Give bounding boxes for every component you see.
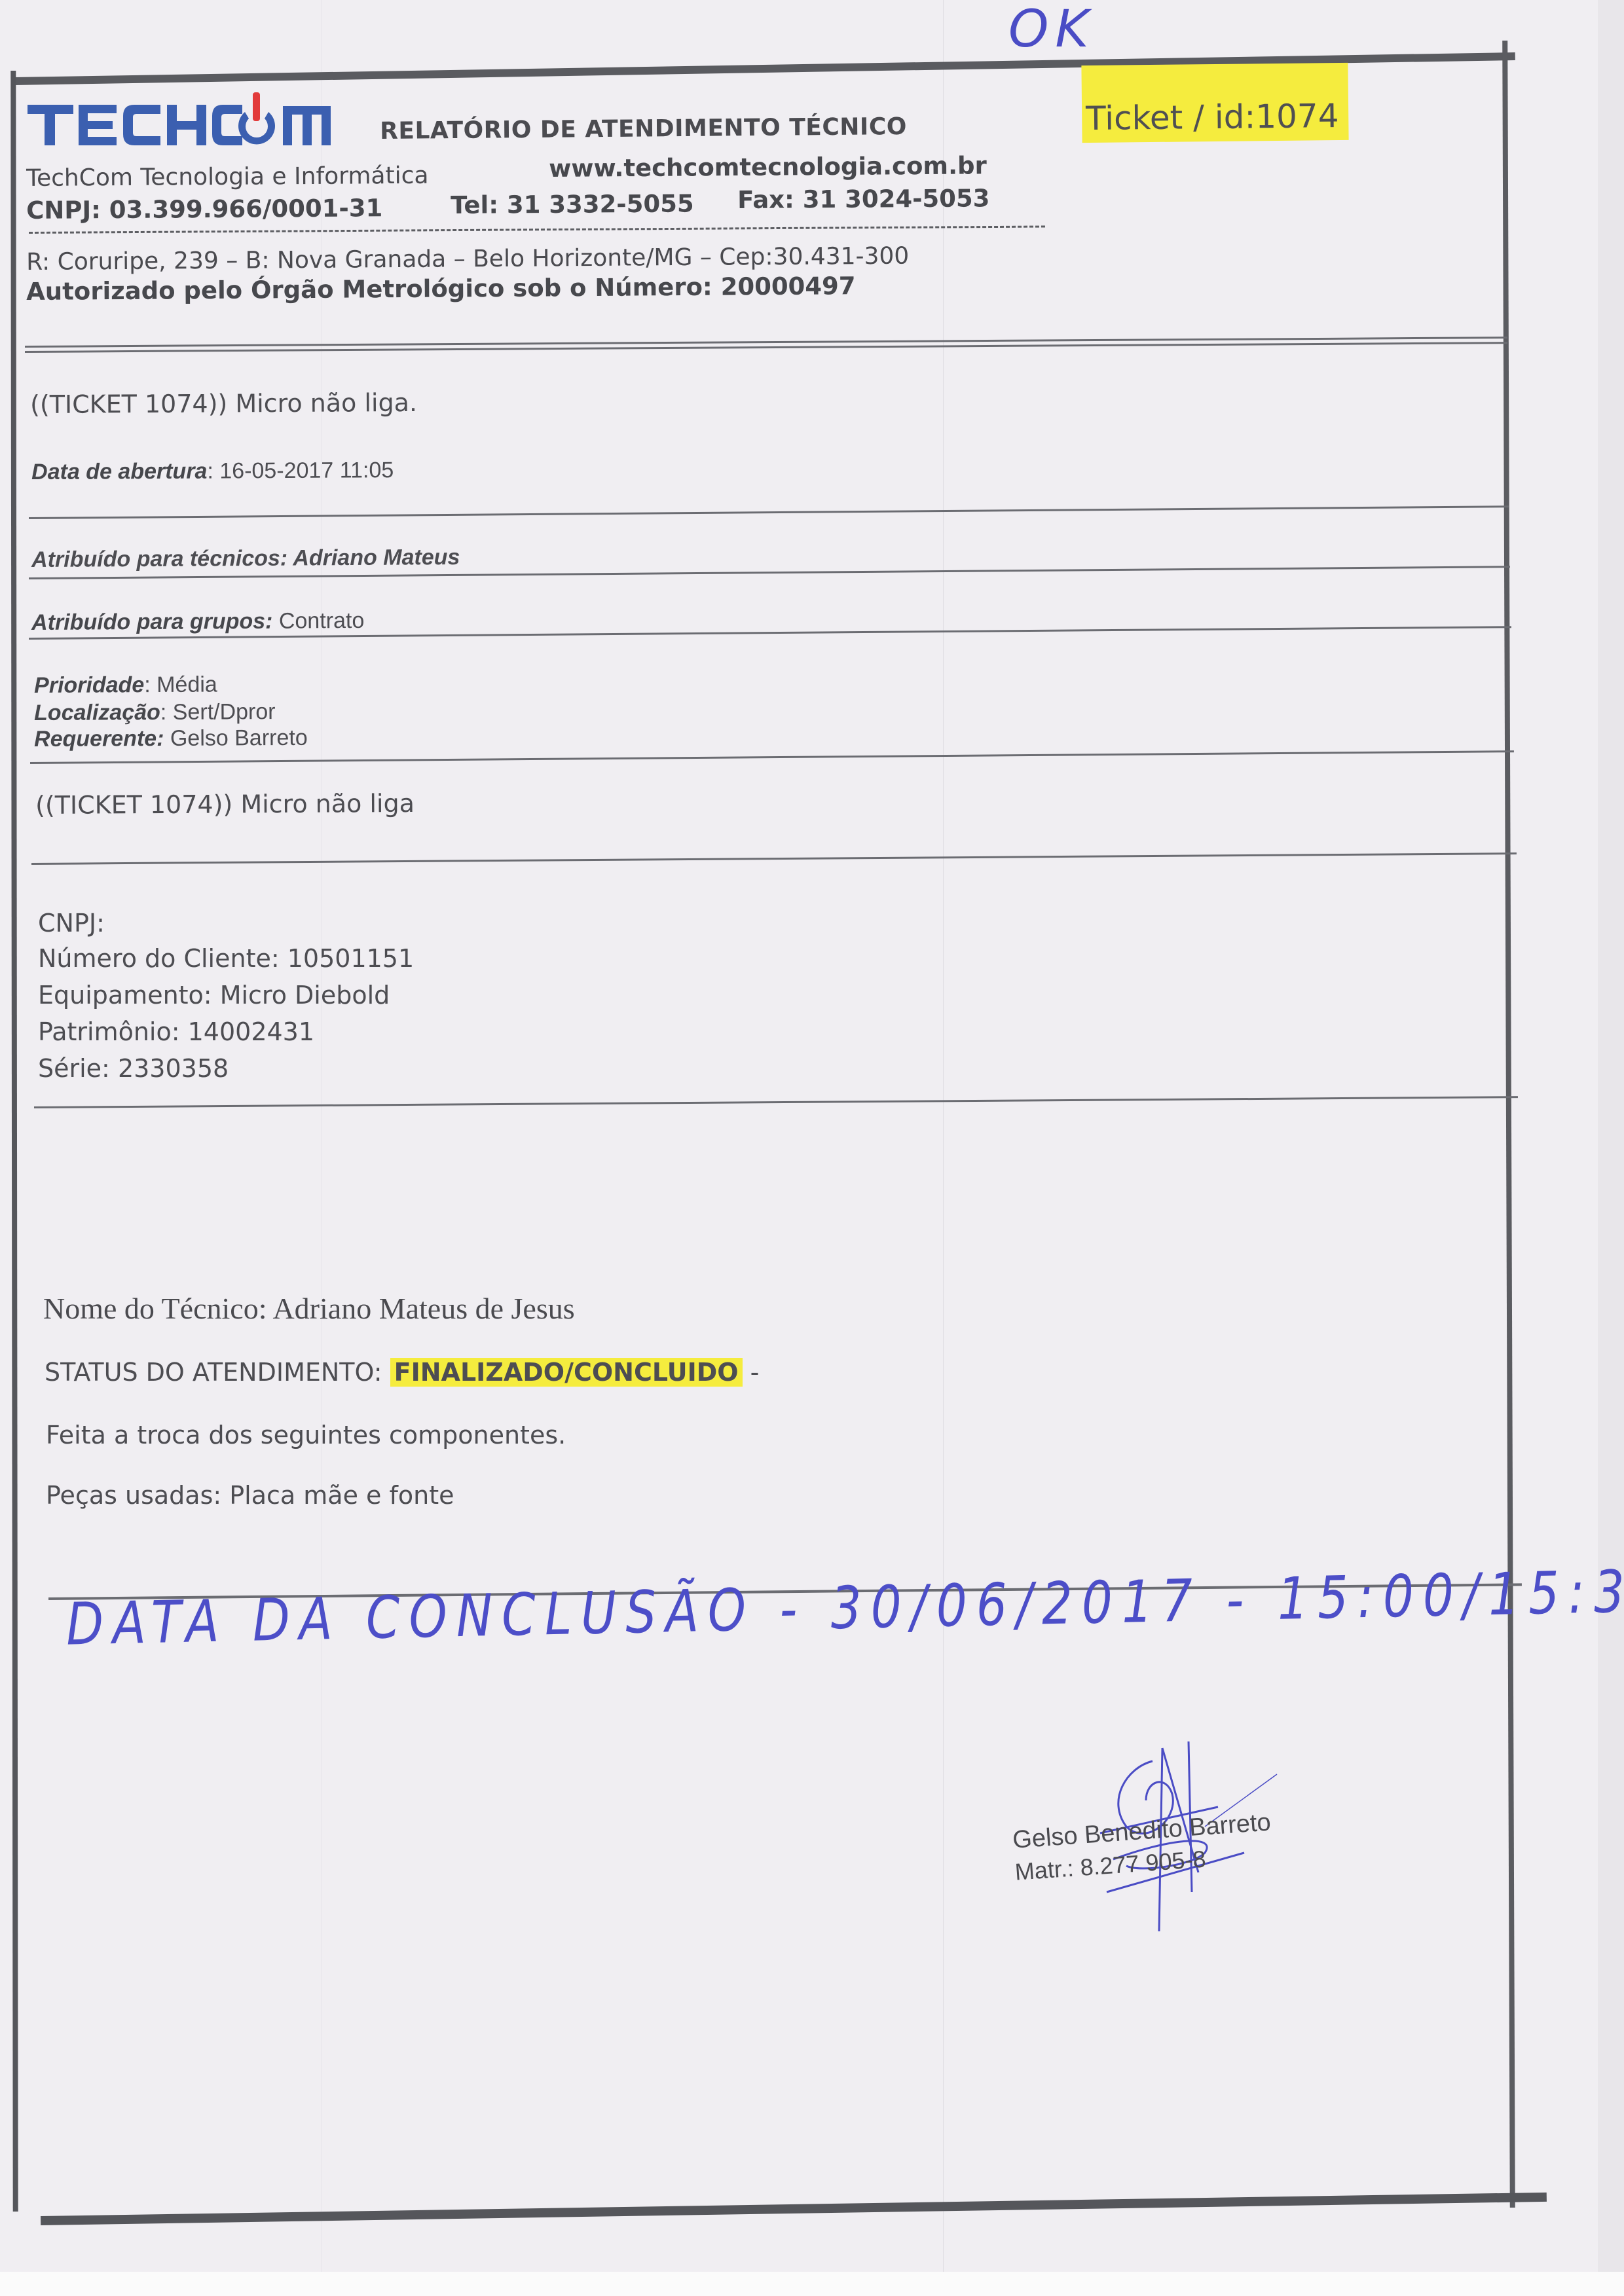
ticket-description: ((TICKET 1074)) Micro não liga [35,789,415,820]
scan-edge [1598,0,1624,2272]
assigned-groups-value: Contrato [272,608,364,634]
client-equipment: Equipamento: Micro Diebold [38,981,390,1010]
report-title: RELATÓRIO DE ATENDIMENTO TÉCNICO [380,113,907,145]
priority-value: : Média [144,672,217,698]
ticket-subject: ((TICKET 1074)) Micro não liga. [30,388,417,419]
client-cnpj: CNPJ: [38,909,105,938]
requester-value: Gelso Barreto [164,725,307,751]
scan-bottom-strip [0,2272,1624,2296]
client-asset-number: Patrimônio: 14002431 [38,1017,314,1046]
opening-date-label: Data de abertura [31,459,208,484]
service-status-suffix: - [750,1358,760,1387]
requester: Requerente: Gelso Barreto [34,725,308,752]
company-cnpj: CNPJ: 03.399.966/0001-31 [26,194,382,225]
assigned-groups-label: Atribuído para grupos: [31,609,273,635]
technician-name: Nome do Técnico: Adriano Mateus de Jesus [43,1291,575,1326]
company-website[interactable]: www.techcomtecnologia.com.br [549,151,987,183]
priority: Prioridade: Média [34,672,217,699]
location: Localização: Sert/Dpror [34,699,276,726]
opening-date: Data de abertura: 16-05-2017 11:05 [31,458,394,485]
company-tel: Tel: 31 3332-5055 [451,189,694,219]
service-status-badge: FINALIZADO/CONCLUIDO [390,1358,743,1387]
requester-label: Requerente: [34,726,164,752]
location-label: Localização [34,700,160,725]
service-note: Feita a troca dos seguintes componentes. [46,1421,566,1449]
company-fax: Fax: 31 3024-5053 [737,184,990,214]
service-status-label: STATUS DO ATENDIMENTO: [45,1358,382,1387]
techcom-logo [26,88,334,147]
assigned-groups: Atribuído para grupos: Contrato [31,608,364,636]
service-status: STATUS DO ATENDIMENTO: FINALIZADO/CONCLU… [45,1358,759,1387]
priority-label: Prioridade [34,672,144,698]
metrology-authorization: Autorizado pelo Órgão Metrológico sob o … [26,272,856,306]
paper-crease [321,0,322,2272]
opening-date-value: : 16-05-2017 11:05 [207,458,394,483]
company-name: TechCom Tecnologia e Informática [26,162,429,192]
ticket-id-text: Ticket / id:1074 [1086,97,1339,137]
client-number: Número do Cliente: 10501151 [38,944,414,973]
location-value: : Sert/Dpror [160,699,276,725]
assigned-technicians: Atribuído para técnicos: Adriano Mateus [31,545,460,573]
handwritten-ok-mark: OK [1008,0,1096,59]
parts-used: Peças usadas: Placa mãe e fonte [46,1481,454,1510]
client-serial: Série: 2330358 [38,1054,229,1083]
ticket-id-badge: Ticket / id:1074 [1081,63,1348,143]
